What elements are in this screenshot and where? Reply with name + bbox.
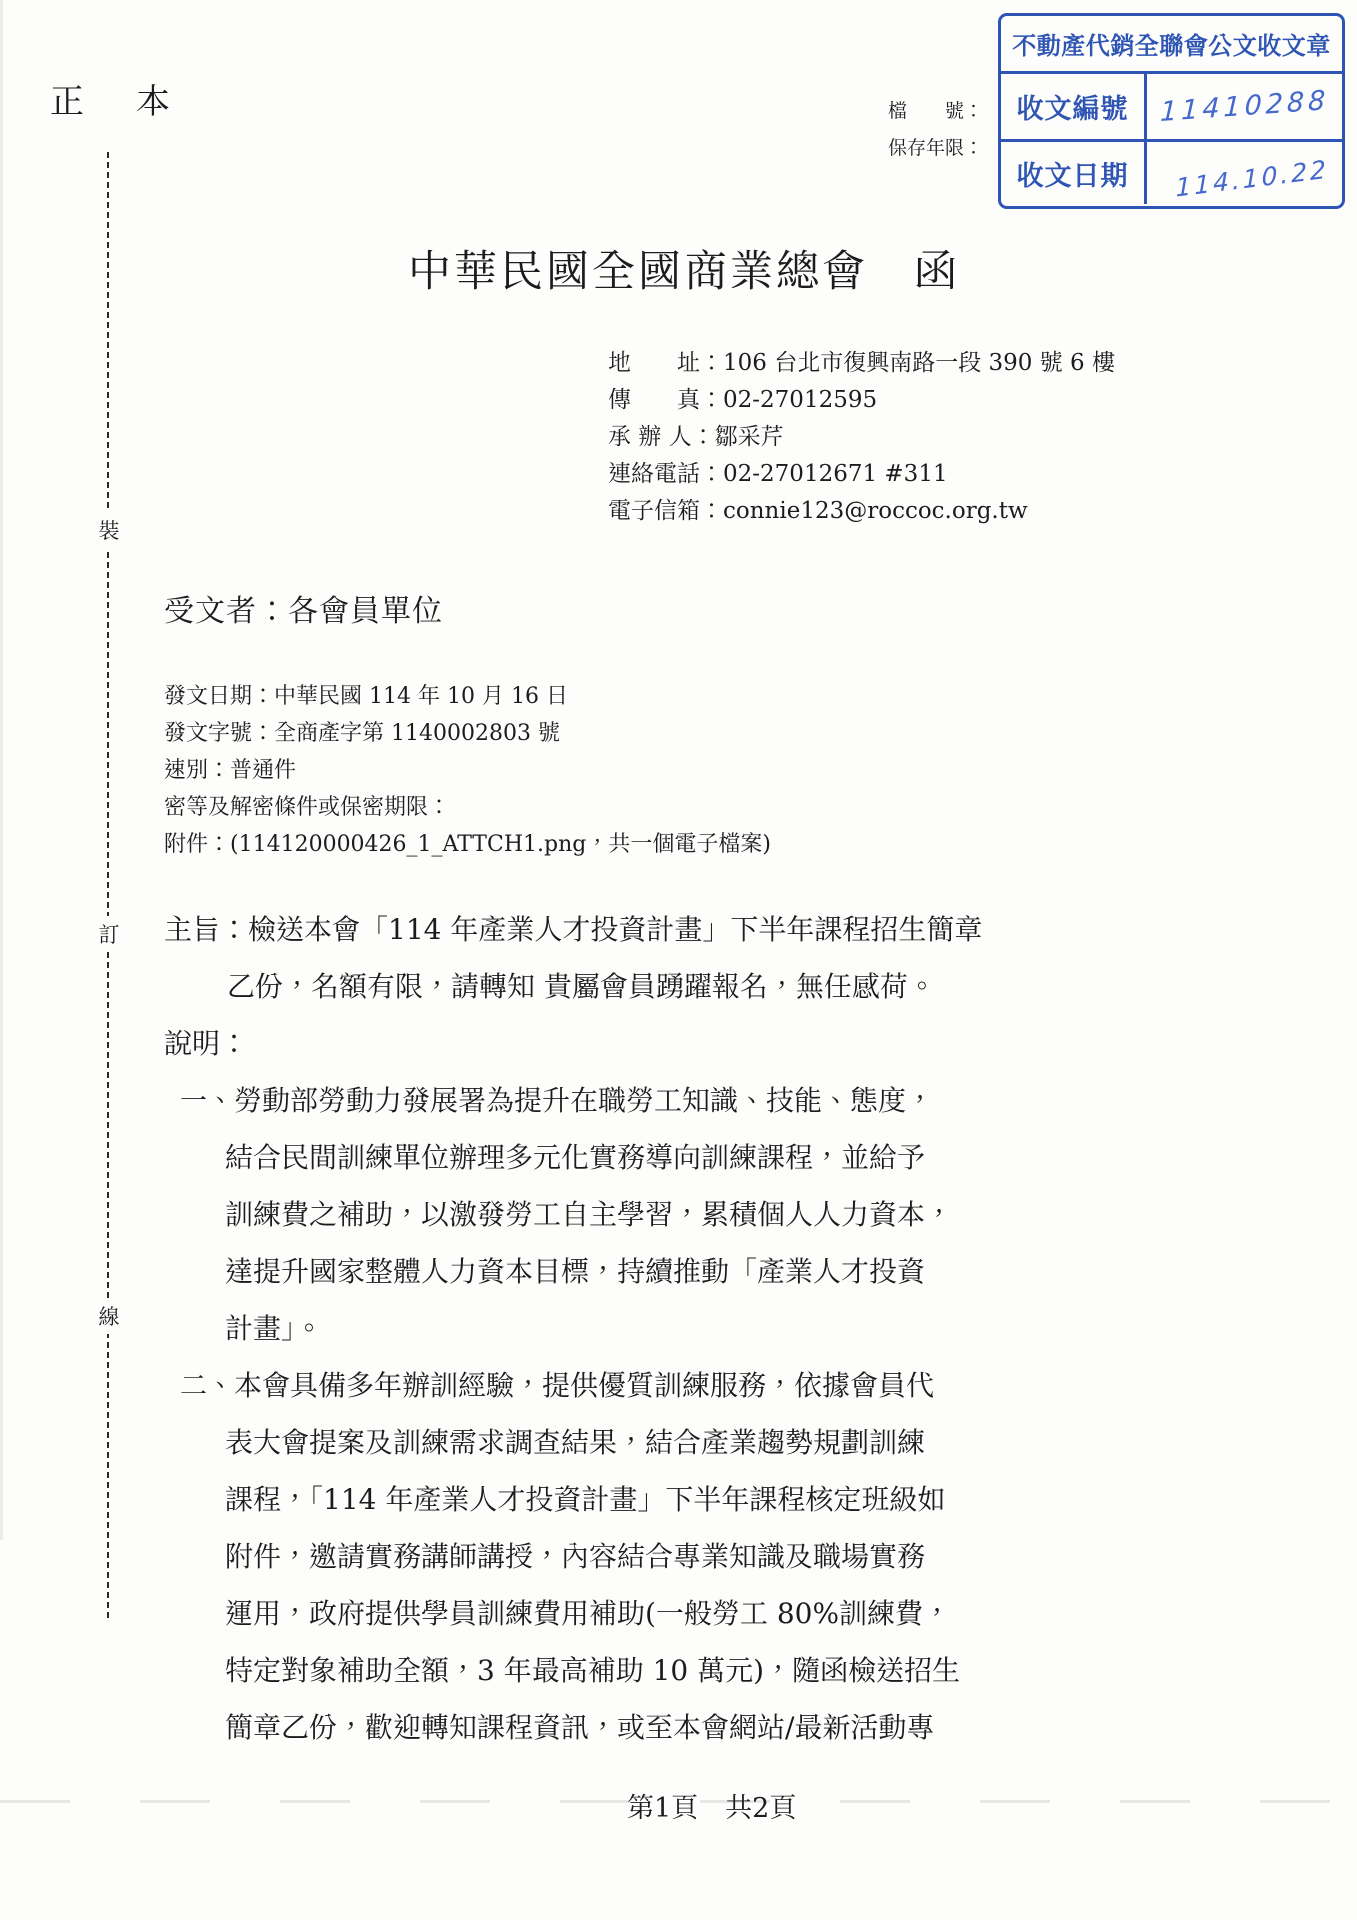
receipt-date-handwritten: 114.10.22 [1176,154,1330,202]
document-title: 中華民國全國商業總會 函 [408,238,960,299]
meta-issue-date: 發文日期：中華民國 114 年 10 月 16 日 [164,678,771,715]
binding-dashed-line [107,152,109,1618]
contact-email: 電子信箱：connie123@roccoc.org.tw [608,493,1115,530]
receipt-stamp: 不動產代銷全聯會公文收文章 收文編號 11410288 收文日期 114.10.… [998,13,1345,209]
binding-mark-xian: 線 [96,1298,122,1334]
description-item-1: 一、勞動部勞動力發展署為提升在職勞工知識、技能、態度， [180,1079,934,1119]
binding-mark-ding: 訂 [96,916,122,952]
contact-fax: 傳 真：02-27012595 [608,382,1115,419]
description-item-2: 二、本會具備多年辦訓經驗，提供優質訓練服務，依據會員代 [180,1364,934,1404]
description-item-2-line: 表大會提案及訓練需求調查結果，結合產業趨勢規劃訓練 [225,1421,925,1461]
item-number: 一、 [180,1079,234,1118]
receipt-number-label: 收文編號 [1001,74,1147,139]
retention-period-label: 保存年限： [888,133,983,160]
meta-speed: 速別：普通件 [164,752,771,789]
copy-type-label: 正 本 [50,74,179,123]
receipt-number-handwritten: 11410288 [1159,85,1329,128]
description-item-1-line: 訓練費之補助，以激發勞工自主學習，累積個人人力資本， [225,1193,953,1233]
receipt-stamp-row: 收文編號 11410288 [1001,74,1342,139]
page-number: 第1頁 共2頁 [627,1786,796,1825]
contact-phone: 連絡電話：02-27012671 #311 [608,456,1115,493]
sender-contact-block: 地 址：106 台北市復興南路一段 390 號 6 樓 傳 真：02-27012… [608,345,1115,530]
description-item-2-line: 簡章乙份，歡迎轉知課程資訊，或至本會網站/最新活動專 [225,1706,934,1746]
receipt-stamp-row: 收文日期 114.10.22 [1001,139,1342,204]
subject-line-2: 乙份，名額有限，請轉知 貴屬會員踴躍報名，無任感荷。 [227,965,936,1005]
description-label: 說明： [164,1022,248,1062]
description-item-1-line: 結合民間訓練單位辦理多元化實務導向訓練課程，並給予 [225,1136,925,1176]
item-number: 二、 [180,1364,234,1403]
subject-label: 主旨： [164,913,248,946]
binding-mark-zhuang: 裝 [96,512,122,548]
description-item-1-line: 達提升國家整體人力資本目標，持續推動「產業人才投資 [225,1250,925,1290]
description-item-2-line: 特定對象補助全額，3 年最高補助 10 萬元)，隨函檢送招生 [225,1649,960,1689]
receipt-stamp-title: 不動產代銷全聯會公文收文章 [1001,16,1342,74]
meta-classification: 密等及解密條件或保密期限： [164,789,771,826]
contact-address: 地 址：106 台北市復興南路一段 390 號 6 樓 [608,345,1115,382]
meta-attachment: 附件：(114120000426_1_ATTCH1.png，共一個電子檔案) [164,826,771,863]
description-item-2-line: 附件，邀請實務講師講授，內容結合專業知識及職場實務 [225,1535,925,1575]
scan-edge-artifact [0,0,3,1540]
document-meta-block: 發文日期：中華民國 114 年 10 月 16 日 發文字號：全商產字第 114… [164,678,771,863]
meta-doc-number: 發文字號：全商產字第 1140002803 號 [164,715,771,752]
subject-line-1: 主旨：檢送本會「114 年產業人才投資計畫」下半年課程招生簡章 [164,908,982,948]
receipt-date-label: 收文日期 [1001,142,1147,204]
document-page: { "page": { "copy_label": "正 本", "bindin… [0,0,1357,1920]
description-item-1-line: 計畫」。 [225,1307,323,1347]
file-number-label: 檔 號： [888,96,983,123]
contact-person: 承 辦 人：鄒采芹 [608,419,1115,456]
recipient-line: 受文者：各會員單位 [164,586,443,630]
description-item-2-line: 課程，「114 年產業人才投資計畫」下半年課程核定班級如 [225,1478,945,1518]
description-item-2-line: 運用，政府提供學員訓練費用補助(一般勞工 80%訓練費， [225,1592,951,1632]
